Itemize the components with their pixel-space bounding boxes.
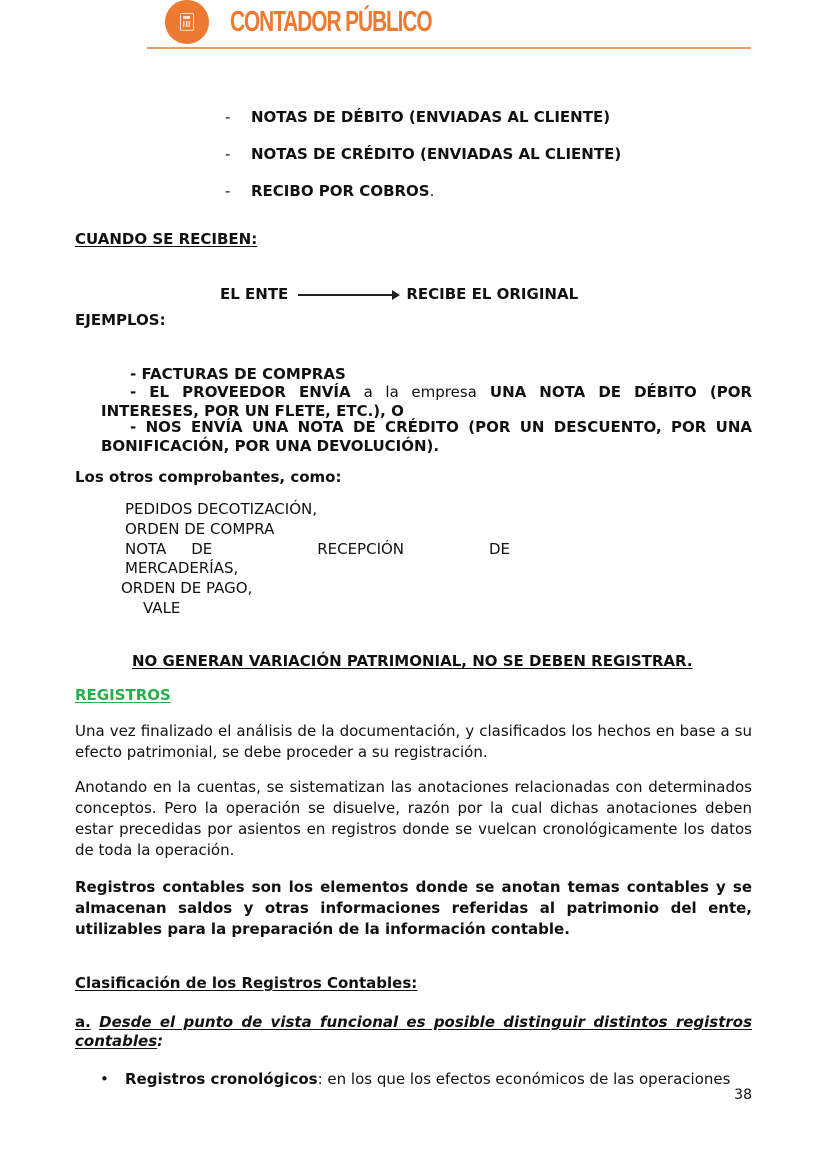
- bullet-item: •Registros cronológicos: en los que los …: [100, 1070, 752, 1089]
- examples-label: EJEMPLOS:: [75, 311, 166, 330]
- paragraph: Anotando en la cuentas, se sistematizan …: [75, 777, 752, 861]
- others-label: Los otros comprobantes, como:: [75, 468, 341, 487]
- definition-paragraph: Registros contables son los elementos do…: [75, 877, 752, 940]
- list-item: -NOTAS DE DÉBITO (ENVIADAS AL CLIENTE): [225, 108, 610, 127]
- paragraph: Una vez finalizado el análisis de la doc…: [75, 721, 752, 763]
- example-item: - FACTURAS DE COMPRAS: [130, 365, 346, 384]
- example-item: - NOS ENVÍA UNA NOTA DE CRÉDITO (POR UN …: [101, 418, 752, 456]
- example-item: - EL PROVEEDOR ENVÍA a la empresa UNA NO…: [101, 383, 752, 421]
- others-item: ORDEN DE COMPRA: [125, 520, 274, 540]
- header-divider: [147, 47, 751, 49]
- list-item: -RECIBO POR COBROS.: [225, 182, 434, 201]
- others-item: MERCADERÍAS,: [125, 559, 238, 579]
- others-item: ORDEN DE PAGO,: [121, 579, 252, 599]
- flow-source: EL ENTE: [220, 285, 288, 304]
- calculator-icon: [180, 13, 194, 31]
- brand-title: CONTADOR PÚBLICO: [230, 2, 432, 42]
- section-heading-classification: Clasificación de los Registros Contables…: [75, 974, 417, 993]
- others-item: NOTA DE RECEPCIÓN DE: [125, 540, 510, 560]
- others-item: PEDIDOS DECOTIZACIÓN,: [125, 500, 317, 520]
- logo-badge: [165, 0, 209, 44]
- section-heading-registros: REGISTROS: [75, 686, 171, 705]
- arrow-right-icon: [298, 294, 398, 296]
- page-number: 38: [734, 1087, 752, 1103]
- list-item: -NOTAS DE CRÉDITO (ENVIADAS AL CLIENTE): [225, 145, 621, 164]
- bullet-icon: •: [100, 1070, 125, 1089]
- subheading-functional: a. Desde el punto de vista funcional es …: [75, 1013, 752, 1051]
- flow-diagram: EL ENTE RECIBE EL ORIGINAL: [220, 285, 578, 304]
- conclusion-text: NO GENERAN VARIACIÓN PATRIMONIAL, NO SE …: [132, 652, 693, 671]
- section-heading-received: CUANDO SE RECIBEN:: [75, 230, 257, 249]
- flow-target: RECIBE EL ORIGINAL: [406, 285, 578, 304]
- others-item: VALE: [143, 599, 180, 619]
